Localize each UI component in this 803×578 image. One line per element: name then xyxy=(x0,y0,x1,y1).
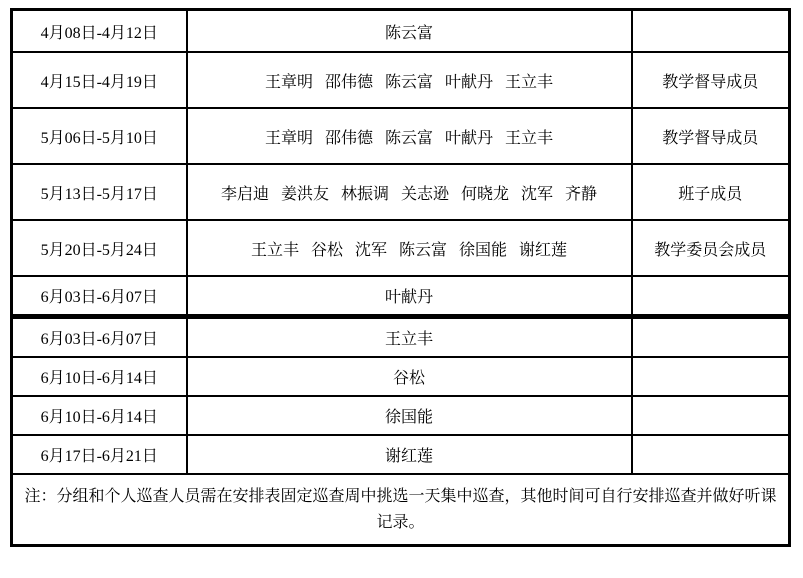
names-cell: 王立丰 xyxy=(187,317,632,358)
date-cell: 5月06日-5月10日 xyxy=(12,108,187,164)
names-cell: 叶献丹 xyxy=(187,276,632,317)
schedule-row: 5月13日-5月17日 李启迪 姜洪友 林振调 关志逊 何晓龙 沈军 齐静 班子… xyxy=(12,164,790,220)
date-cell: 6月17日-6月21日 xyxy=(12,435,187,474)
group-cell: 班子成员 xyxy=(632,164,790,220)
date-cell: 6月10日-6月14日 xyxy=(12,357,187,396)
inspection-schedule-table: 4月08日-4月12日 陈云富 4月15日-4月19日 王章明 邵伟德 陈云富 … xyxy=(10,8,791,547)
schedule-row: 6月10日-6月14日 谷松 xyxy=(12,357,790,396)
names-cell: 王立丰 谷松 沈军 陈云富 徐国能 谢红莲 xyxy=(187,220,632,276)
schedule-row: 6月03日-6月07日 叶献丹 xyxy=(12,276,790,317)
date-cell: 5月13日-5月17日 xyxy=(12,164,187,220)
group-cell: 教学委员会成员 xyxy=(632,220,790,276)
group-cell xyxy=(632,357,790,396)
note-cell: 注：分组和个人巡查人员需在安排表固定巡查周中挑选一天集中巡查，其他时间可自行安排… xyxy=(12,474,790,546)
schedule-row: 4月15日-4月19日 王章明 邵伟德 陈云富 叶献丹 王立丰 教学督导成员 xyxy=(12,52,790,108)
date-cell: 6月03日-6月07日 xyxy=(12,317,187,358)
group-cell xyxy=(632,317,790,358)
date-cell: 4月15日-4月19日 xyxy=(12,52,187,108)
group-cell: 教学督导成员 xyxy=(632,52,790,108)
schedule-row: 6月17日-6月21日 谢红莲 xyxy=(12,435,790,474)
names-cell: 王章明 邵伟德 陈云富 叶献丹 王立丰 xyxy=(187,108,632,164)
names-cell: 王章明 邵伟德 陈云富 叶献丹 王立丰 xyxy=(187,52,632,108)
names-cell: 陈云富 xyxy=(187,10,632,53)
names-cell: 谷松 xyxy=(187,357,632,396)
note-row: 注：分组和个人巡查人员需在安排表固定巡查周中挑选一天集中巡查，其他时间可自行安排… xyxy=(12,474,790,546)
names-cell: 谢红莲 xyxy=(187,435,632,474)
document-page: 4月08日-4月12日 陈云富 4月15日-4月19日 王章明 邵伟德 陈云富 … xyxy=(0,0,803,578)
group-cell: 教学督导成员 xyxy=(632,108,790,164)
date-cell: 5月20日-5月24日 xyxy=(12,220,187,276)
group-cell xyxy=(632,10,790,53)
date-cell: 6月10日-6月14日 xyxy=(12,396,187,435)
group-cell xyxy=(632,435,790,474)
date-cell: 6月03日-6月07日 xyxy=(12,276,187,317)
date-cell: 4月08日-4月12日 xyxy=(12,10,187,53)
group-cell xyxy=(632,276,790,317)
schedule-row: 5月06日-5月10日 王章明 邵伟德 陈云富 叶献丹 王立丰 教学督导成员 xyxy=(12,108,790,164)
schedule-row: 4月08日-4月12日 陈云富 xyxy=(12,10,790,53)
names-cell: 徐国能 xyxy=(187,396,632,435)
schedule-row: 5月20日-5月24日 王立丰 谷松 沈军 陈云富 徐国能 谢红莲 教学委员会成… xyxy=(12,220,790,276)
schedule-row: 6月03日-6月07日 王立丰 xyxy=(12,317,790,358)
names-cell: 李启迪 姜洪友 林振调 关志逊 何晓龙 沈军 齐静 xyxy=(187,164,632,220)
group-cell xyxy=(632,396,790,435)
schedule-row: 6月10日-6月14日 徐国能 xyxy=(12,396,790,435)
